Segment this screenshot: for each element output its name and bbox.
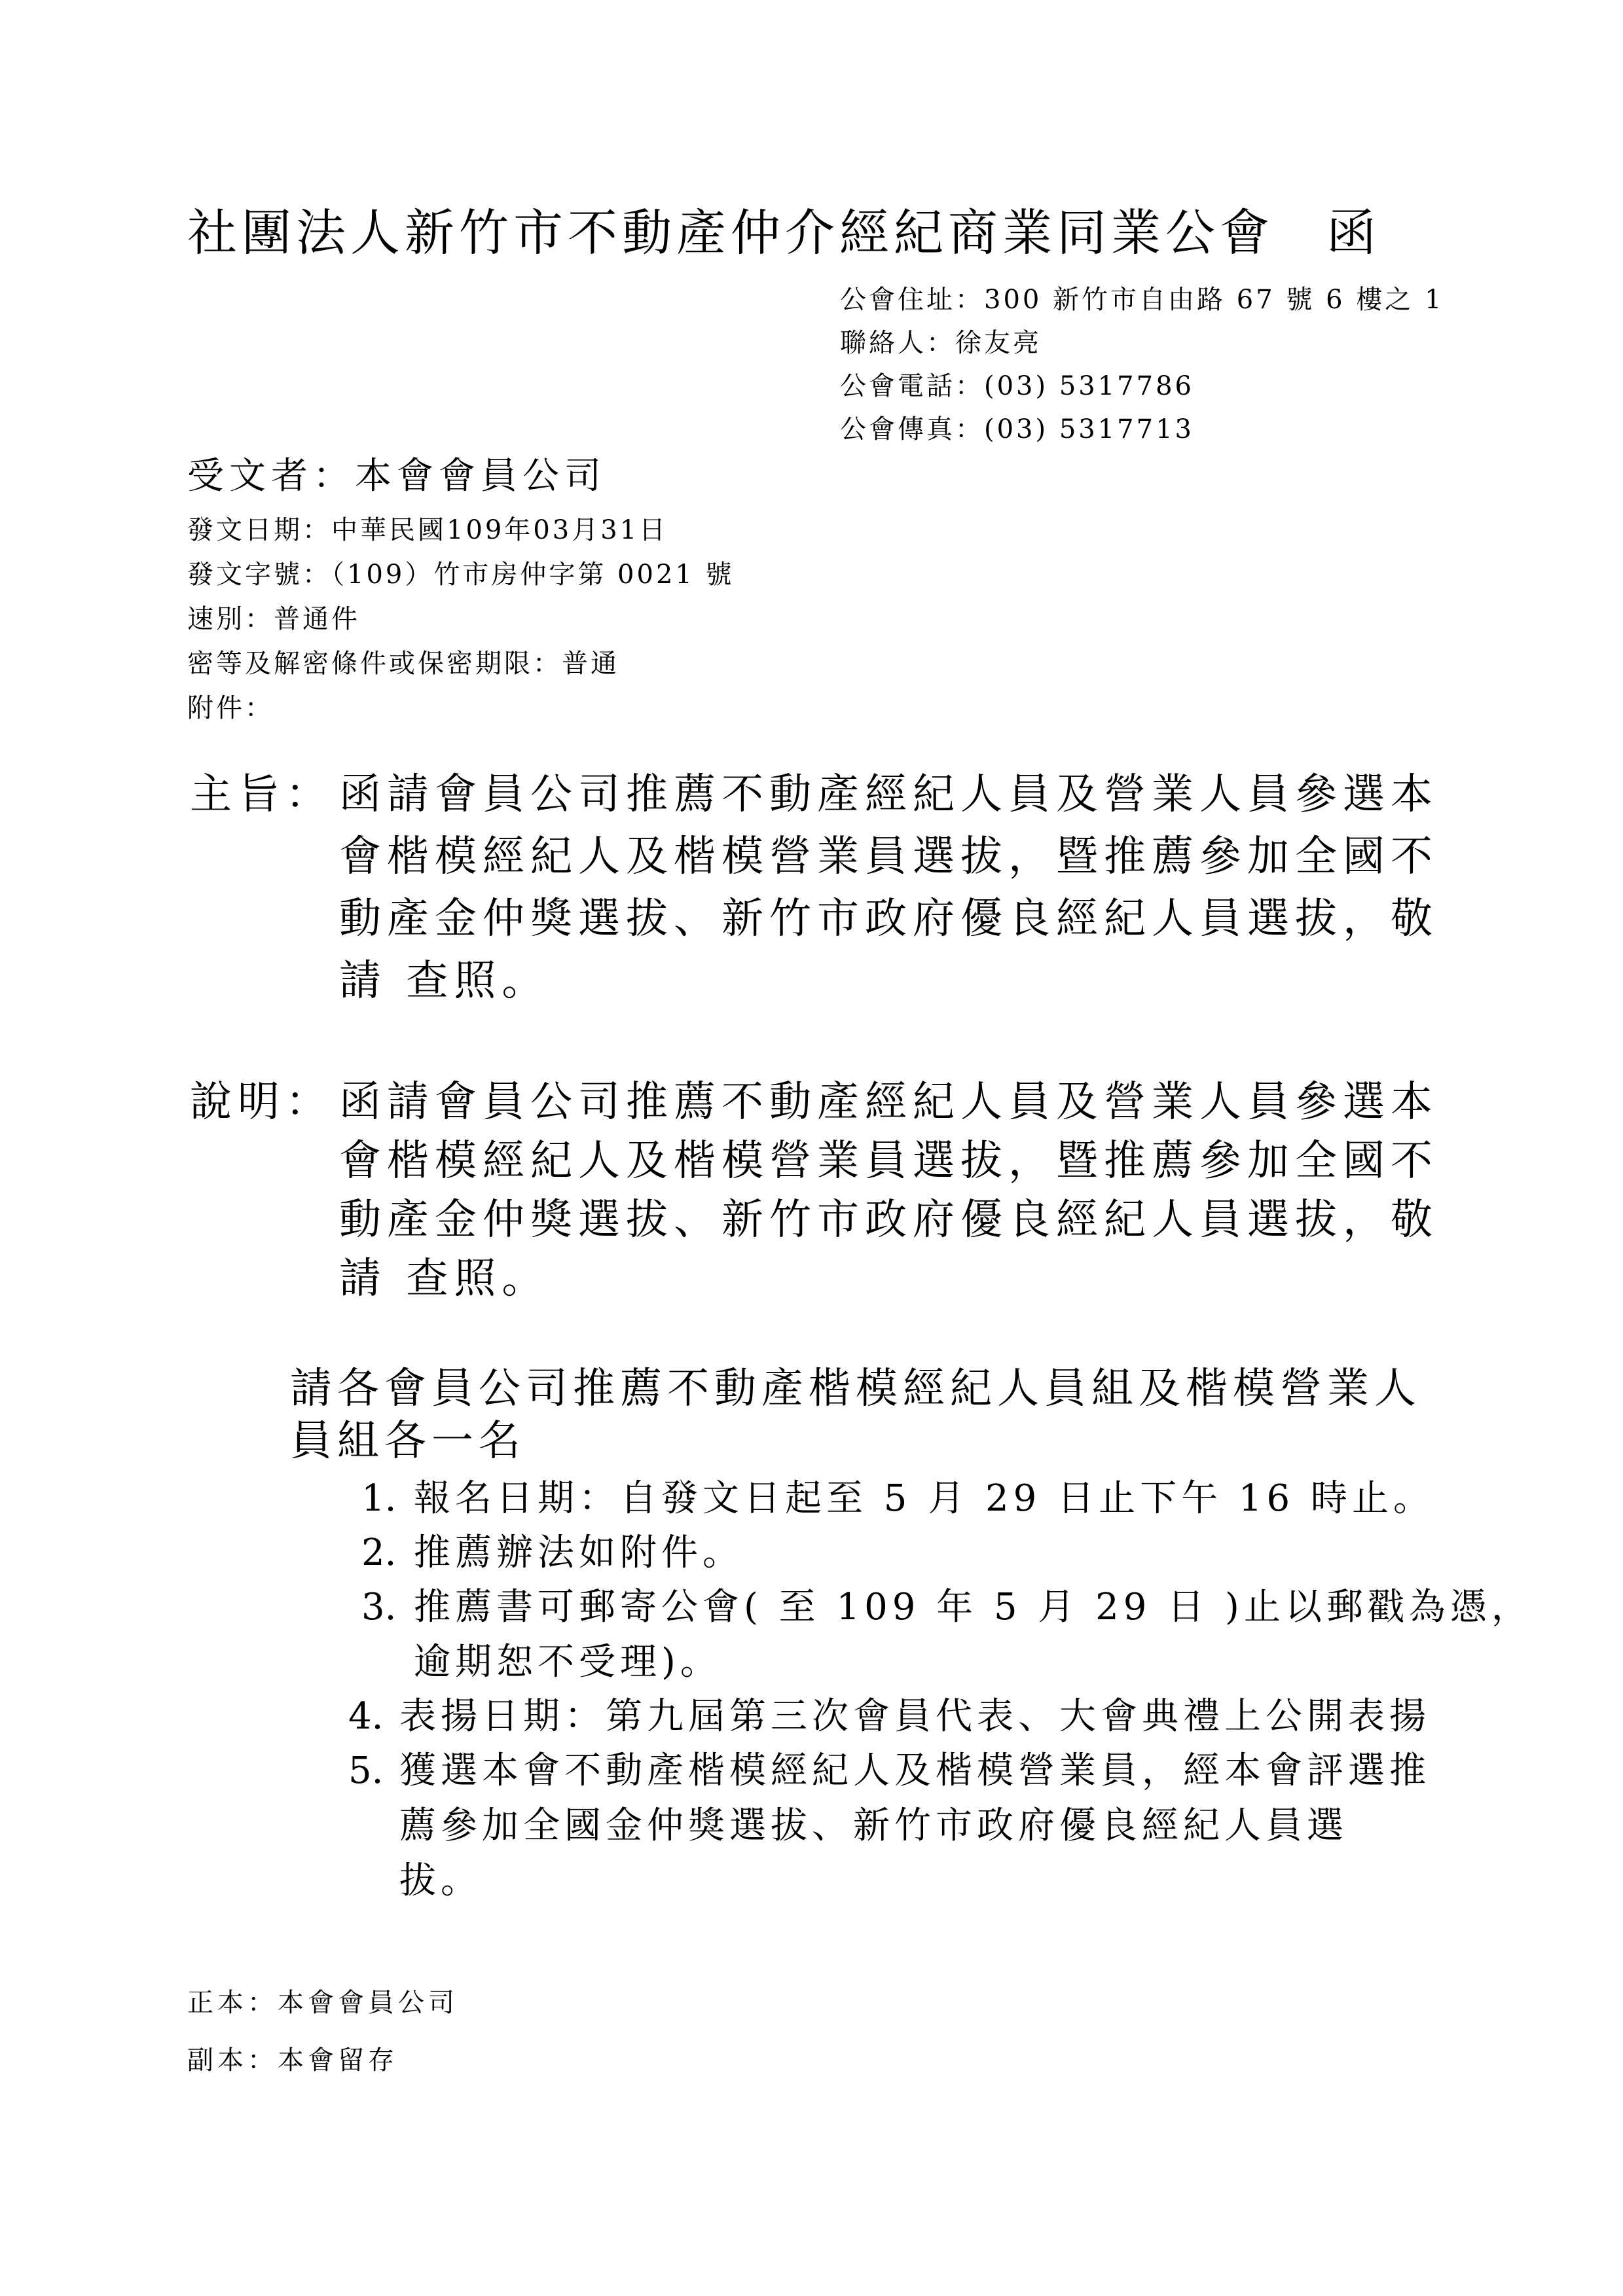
document-title: 社團法人新竹市不動產仲介經紀商業同業公會函 (187, 208, 1381, 258)
doc-number: 發文字號：（109）竹市房仲字第 0021 號 (187, 562, 735, 588)
item-number: 2. (361, 1535, 396, 1571)
explanation-paragraph-line: 員組各一名 (290, 1420, 526, 1462)
explanation-line: 函請會員公司推薦不動產經紀人員及營業人員參選本 (339, 1081, 1438, 1123)
item-text: 逾期恕不受理)。 (414, 1644, 721, 1681)
subject-line: 會楷模經紀人及楷模營業員選拔，暨推薦參加全國不 (339, 836, 1438, 878)
document-page: 社團法人新竹市不動產仲介經紀商業同業公會函 公會住址：300 新竹市自由路 67… (0, 0, 1623, 2296)
issue-date: 發文日期：中華民國109年03月31日 (187, 517, 668, 543)
item-text: 推薦書可郵寄公會( 至 109 年 5 月 29 日 )止以郵戳為憑， (414, 1589, 1533, 1626)
item-text: 獲選本會不動產楷模經紀人及楷模營業員，經本會評選推 (399, 1753, 1431, 1789)
explanation-line: 會楷模經紀人及楷模營業員選拔，暨推薦參加全國不 (339, 1140, 1438, 1182)
doc-type: 函 (1326, 204, 1381, 262)
item-number: 4. (348, 1698, 383, 1735)
subject-label: 主旨： (190, 774, 333, 816)
explanation-line: 請 查照。 (339, 1258, 549, 1300)
item-text: 薦參加全國金仲獎選拔、新竹市政府優良經紀人員選 (399, 1808, 1348, 1844)
explanation-paragraph-line: 請各會員公司推薦不動產楷模經紀人員組及楷模營業人 (290, 1368, 1421, 1410)
item-number: 1. (361, 1480, 396, 1517)
item-text: 拔。 (399, 1863, 482, 1899)
org-phone: 公會電話：(03) 5317786 (840, 373, 1194, 399)
original-recipient: 正本：本會會員公司 (187, 1990, 458, 2016)
subject-line: 函請會員公司推薦不動產經紀人員及營業人員參選本 (339, 774, 1438, 816)
subject-line: 請 查照。 (339, 960, 549, 1002)
addressee: 受文者：本會會員公司 (187, 458, 606, 495)
item-number: 5. (348, 1753, 383, 1789)
copy-recipient: 副本：本會留存 (187, 2047, 398, 2073)
explanation-line: 動產金仲獎選拔、新竹市政府優良經紀人員選拔，敬 (339, 1199, 1438, 1241)
speed-class: 速別：普通件 (187, 606, 360, 632)
explanation-label: 說明： (190, 1081, 333, 1123)
item-text: 推薦辦法如附件。 (414, 1535, 744, 1571)
secrecy-level: 密等及解密條件或保密期限：普通 (187, 651, 619, 677)
item-text: 表揚日期：第九屆第三次會員代表、大會典禮上公開表揚 (399, 1698, 1431, 1735)
org-name: 社團法人新竹市不動產仲介經紀商業同業公會 (187, 204, 1274, 262)
subject-line: 動產金仲獎選拔、新竹市政府優良經紀人員選拔，敬 (339, 898, 1438, 940)
org-fax: 公會傳真：(03) 5317713 (840, 416, 1194, 442)
item-text: 報名日期：自發文日起至 5 月 29 日止下午 16 時止。 (414, 1480, 1434, 1517)
contact-person: 聯絡人：徐友亮 (840, 330, 1042, 356)
org-address: 公會住址：300 新竹市自由路 67 號 6 樓之 1 (840, 287, 1444, 313)
item-number: 3. (361, 1589, 396, 1626)
attachment: 附件： (187, 695, 274, 721)
